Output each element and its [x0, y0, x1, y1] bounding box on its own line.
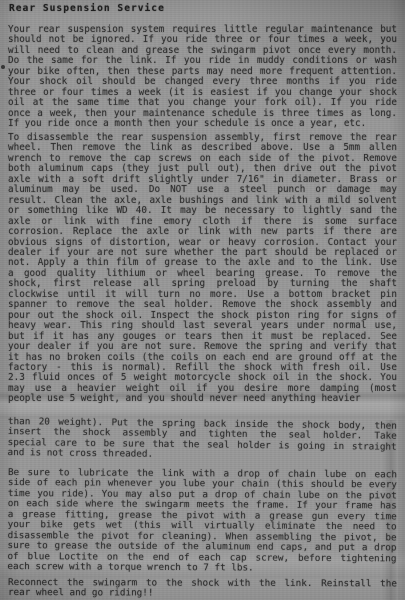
- smudge-mark: [1, 65, 5, 69]
- paragraph-disassembly: To disassemble the rear suspension assem…: [8, 133, 397, 405]
- text-line: people use 5 weight, and you should neve…: [8, 394, 397, 404]
- text-line: corrosion. Replace the axle or link with…: [8, 227, 397, 237]
- paragraph-disassembly-continued: than 20 weight). Put the spring back ins…: [7, 417, 396, 464]
- paragraph-lubrication-assembly: Be sure to lubricate the link with a dro…: [7, 468, 397, 575]
- text-line: rear wheel and go riding!!: [8, 588, 397, 600]
- paragraph-closing: Reconnect the swingarm to the shock with…: [8, 578, 397, 600]
- document-photo: Rear Suspension Service Your rear suspen…: [0, 0, 405, 600]
- text-line: If you ride once a month then your sched…: [8, 119, 397, 129]
- document-title: Rear Suspension Service: [9, 3, 165, 14]
- paragraph-maintenance-intro: Your rear suspension system requires lit…: [8, 25, 397, 130]
- text-line: your dealer if you are not sure. Remove …: [8, 342, 397, 352]
